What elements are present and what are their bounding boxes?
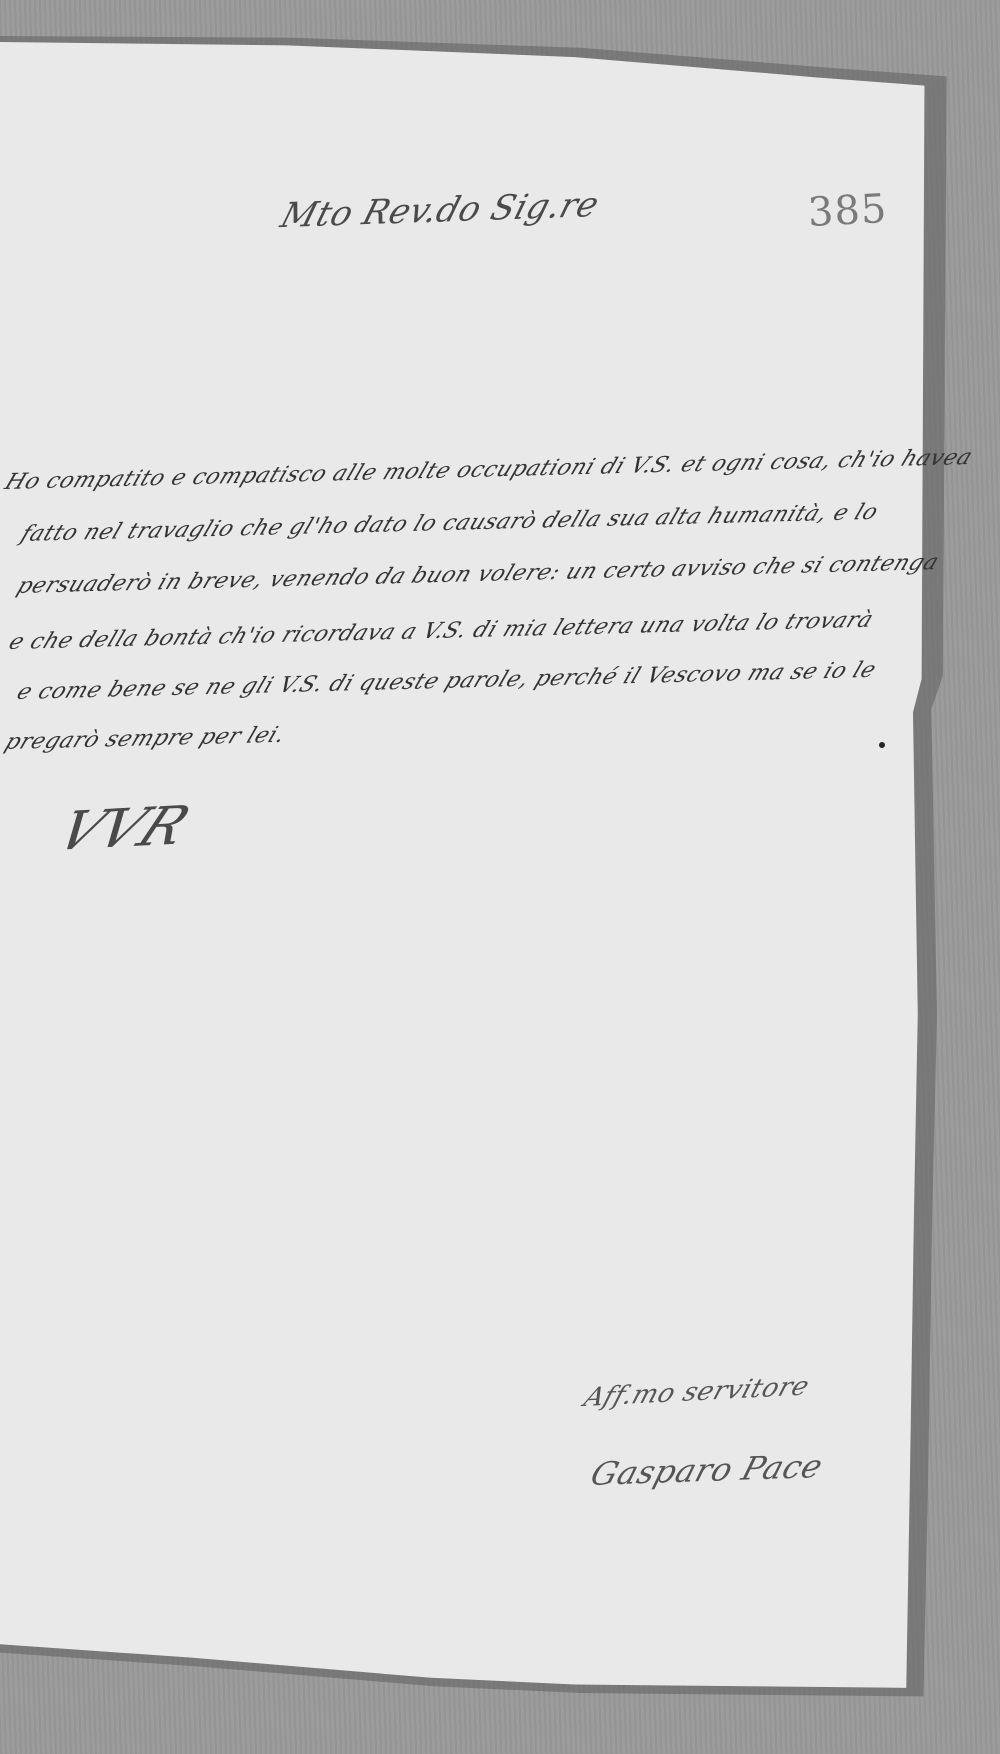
folio-number: 385	[807, 186, 889, 236]
ink-dot	[879, 742, 885, 748]
